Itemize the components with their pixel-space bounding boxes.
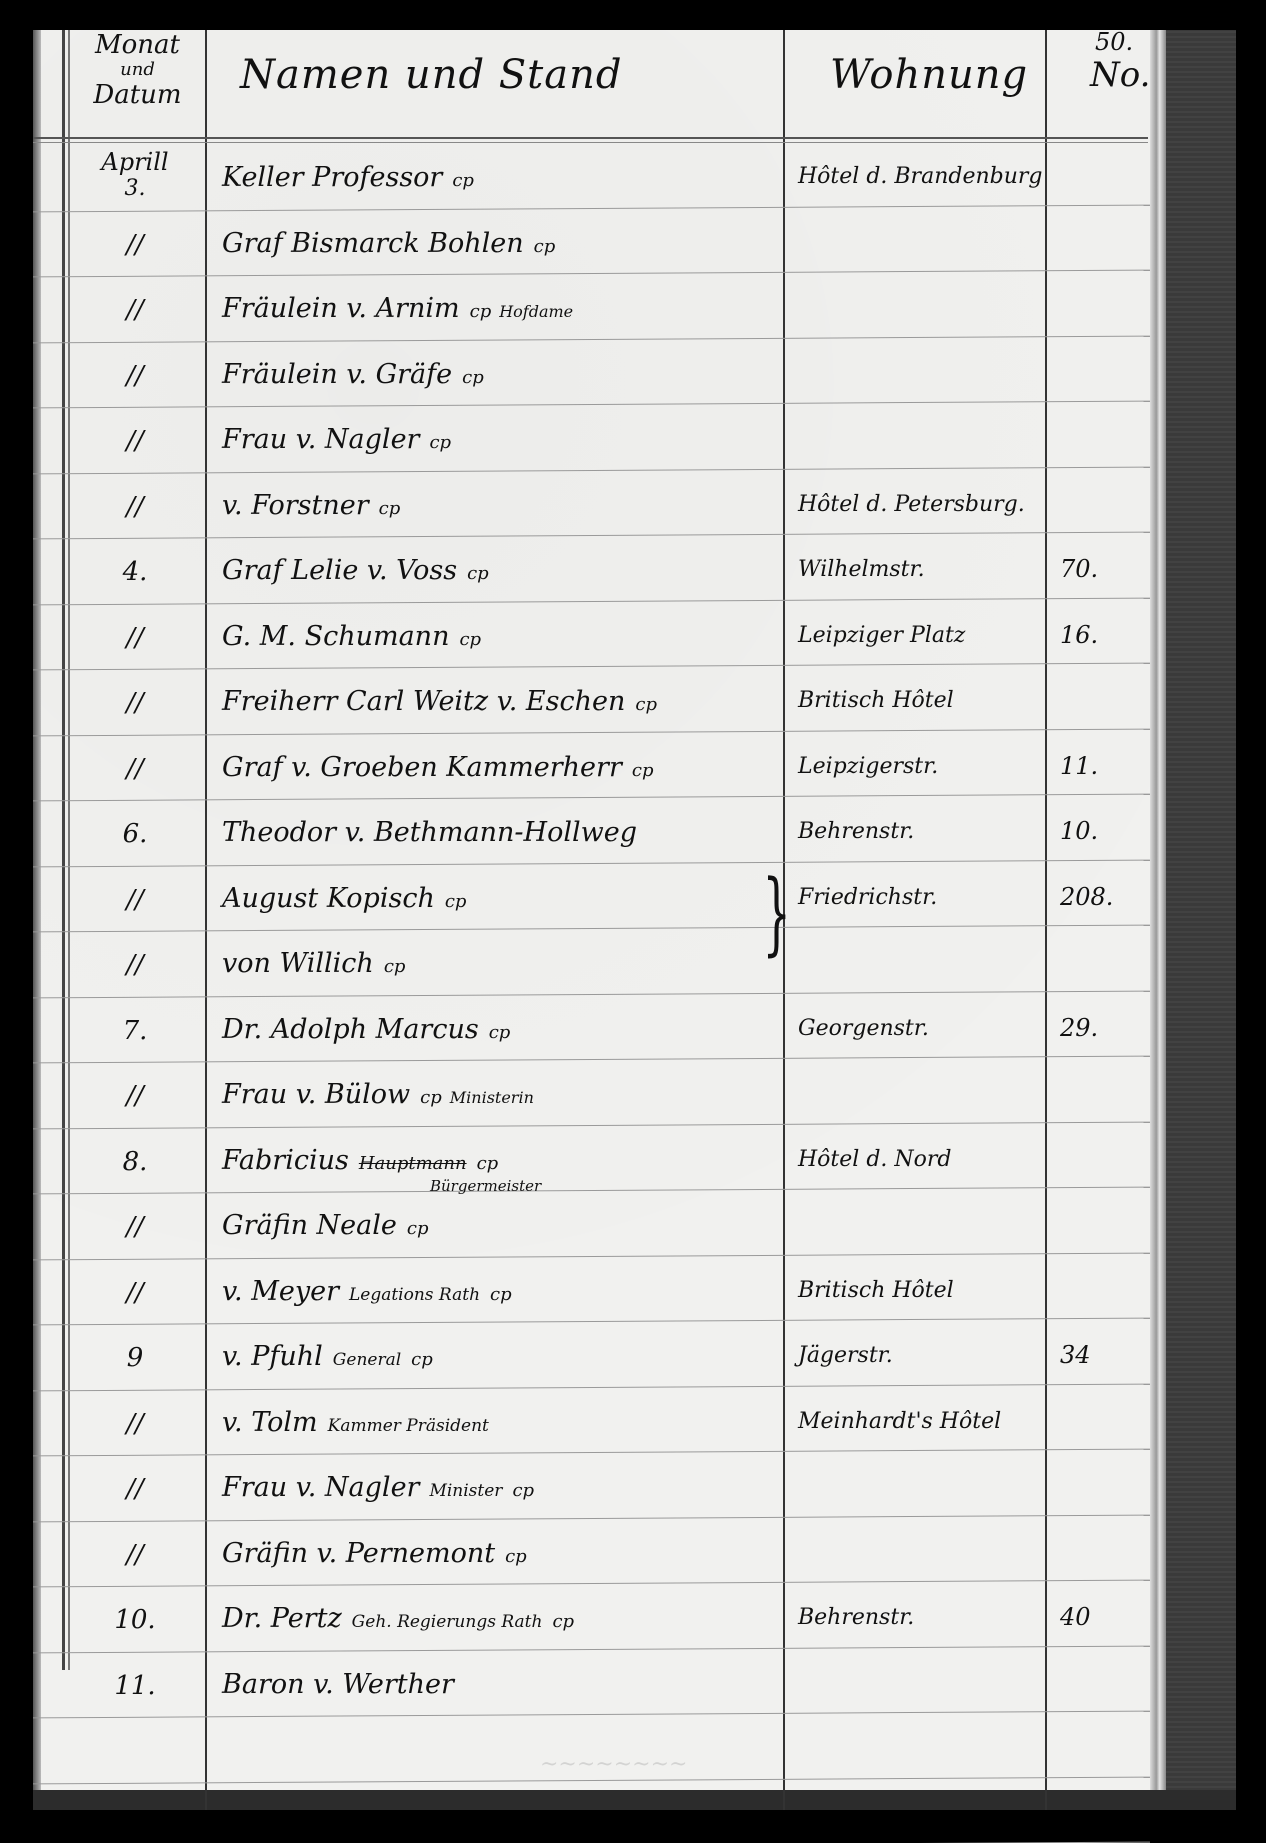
entry-address: Hôtel d. Petersburg. — [798, 492, 1025, 517]
entry-house-number: 34 — [1060, 1341, 1091, 1369]
guest-name: G. M. Schumann — [222, 621, 449, 652]
entry-date: // — [65, 426, 205, 456]
entry-date: // — [65, 885, 205, 915]
entry-date: // — [65, 1081, 205, 1111]
entry-name: Baron v. Werther — [222, 1669, 454, 1700]
entry-name: v. PfuhlGeneralcp — [222, 1341, 433, 1372]
entry-name: Fräulein v. ArnimcpHofdame — [222, 293, 573, 324]
entry-address: Hôtel d. Brandenburg — [798, 164, 1042, 189]
entry-name: Graf v. Groeben Kammerherrcp — [222, 752, 653, 783]
entry-date: 4. — [65, 557, 205, 587]
struck-title: Hauptmann — [359, 1153, 467, 1174]
entry-date: // — [65, 1474, 205, 1504]
header-number: No. — [1090, 55, 1150, 95]
entry-address: Friedrichstr. — [798, 885, 937, 910]
page-stack-edge — [1150, 30, 1166, 1808]
entry-name: v. Forstnercp — [222, 490, 400, 521]
entry-date: 7. — [65, 1016, 205, 1046]
entry-address: Hôtel d. Nord — [798, 1147, 951, 1172]
entry-address: Britisch Hôtel — [798, 1278, 954, 1303]
mark-cp: cp — [490, 1284, 512, 1305]
column-divider-date — [205, 30, 207, 1810]
guest-title: Legations Rath — [349, 1285, 480, 1305]
entry-house-number: 10. — [1060, 817, 1098, 845]
header-date-line3: Datum — [70, 80, 205, 110]
mark-cp: cp — [477, 1153, 499, 1174]
entry-address: Behrenstr. — [798, 819, 914, 844]
guest-name: v. Tolm — [222, 1407, 318, 1438]
mark-cp: cp — [384, 956, 406, 977]
entry-address: Behrenstr. — [798, 1605, 914, 1630]
entry-date: // — [65, 1409, 205, 1439]
month-label: Aprill — [65, 148, 205, 176]
entry-name: Gräfin v. Pernemontcp — [222, 1538, 527, 1569]
entry-date: // — [65, 492, 205, 522]
entry-name: Theodor v. Bethmann-Hollweg — [222, 817, 637, 848]
guest-name: v. Meyer — [222, 1276, 339, 1307]
entry-name: v. TolmKammer Präsident — [222, 1407, 489, 1438]
page-edge — [33, 30, 41, 1808]
entry-name: Dr. PertzGeh. Regierungs Rathcp — [222, 1603, 574, 1634]
header-date: Monat und Datum — [70, 30, 205, 110]
guest-title: Kammer Präsident — [328, 1416, 489, 1436]
entry-date: // — [65, 295, 205, 325]
entry-date: 3. — [65, 176, 205, 201]
guest-name: Fräulein v. Arnim — [222, 293, 460, 324]
guest-name: Fabricius — [222, 1145, 349, 1176]
entry-date: // — [65, 688, 205, 718]
mark-cp: cp — [462, 367, 484, 388]
guest-name: August Kopisch — [222, 883, 435, 914]
entry-date: // — [65, 1278, 205, 1308]
entry-name: Frau v. Naglercp — [222, 424, 451, 455]
guest-name: Frau v. Nagler — [222, 1472, 419, 1503]
mark-cp: cp — [429, 432, 451, 453]
entry-house-number: 40 — [1060, 1603, 1091, 1631]
entry-address: Jägerstr. — [798, 1343, 893, 1368]
entry-name: Freiherr Carl Weitz v. Eschencp — [222, 686, 657, 717]
guest-title: Ministerin — [450, 1088, 534, 1107]
entry-name: von Willichcp — [222, 948, 405, 979]
entry-date: // — [65, 754, 205, 784]
entry-name: Keller Professorcp — [222, 162, 474, 193]
grouping-brace: } — [762, 861, 791, 966]
guest-name: v. Forstner — [222, 490, 369, 521]
mark-cp: cp — [459, 629, 481, 650]
entry-address: Britisch Hôtel — [798, 688, 954, 713]
entry-name: Frau v. NaglerMinistercp — [222, 1472, 534, 1503]
guest-name: Gräfin v. Pernemont — [222, 1538, 495, 1569]
entry-house-number: 29. — [1060, 1014, 1098, 1042]
guest-name: von Willich — [222, 948, 374, 979]
entry-address: Georgenstr. — [798, 1016, 929, 1041]
guest-name: Theodor v. Bethmann-Hollweg — [222, 817, 637, 848]
correction-title: Bürgermeister — [430, 1177, 541, 1195]
header-date-line1: Monat — [70, 30, 205, 60]
entry-date: 10. — [65, 1605, 205, 1635]
entry-name: Graf Bismarck Bohlencp — [222, 228, 555, 259]
entry-date: // — [65, 230, 205, 260]
mark-cp: cp — [534, 236, 556, 257]
guest-name: Keller Professor — [222, 162, 442, 193]
header-address: Wohnung — [830, 52, 1028, 98]
guest-name: Frau v. Nagler — [222, 424, 419, 455]
entry-date: // — [65, 1212, 205, 1242]
guest-name: Dr. Adolph Marcus — [222, 1014, 479, 1045]
mark-cp: cp — [505, 1546, 527, 1567]
page-number: 50. — [1095, 28, 1133, 56]
mark-cp: cp — [470, 301, 492, 322]
guest-name: Graf Bismarck Bohlen — [222, 228, 524, 259]
book-binding — [1166, 30, 1236, 1808]
entry-name: August Kopischcp — [222, 883, 466, 914]
guest-name: Dr. Pertz — [222, 1603, 342, 1634]
entry-name: G. M. Schumanncp — [222, 621, 481, 652]
entry-name: Dr. Adolph Marcuscp — [222, 1014, 510, 1045]
entry-date: 6. — [65, 819, 205, 849]
entry-address: Wilhelmstr. — [798, 557, 925, 582]
entry-name: v. MeyerLegations Rathcp — [222, 1276, 512, 1307]
guest-title: Geh. Regierungs Rath — [352, 1612, 543, 1632]
mark-cp: cp — [445, 891, 467, 912]
entry-address: Leipziger Platz — [798, 623, 965, 648]
mark-cp: cp — [407, 1218, 429, 1239]
guest-title: Minister — [429, 1481, 502, 1501]
guest-name: v. Pfuhl — [222, 1341, 323, 1372]
guest-title: General — [333, 1350, 401, 1370]
mark-cp: cp — [512, 1480, 534, 1501]
entry-date: // — [65, 623, 205, 653]
header-date-line2: und — [70, 60, 205, 80]
entry-date: 11. — [65, 1671, 205, 1701]
entry-name: Fräulein v. Gräfecp — [222, 359, 484, 390]
guest-name: Freiherr Carl Weitz v. Eschen — [222, 686, 625, 717]
guest-name: Graf v. Groeben Kammerherr — [222, 752, 622, 783]
entry-house-number: 11. — [1060, 752, 1098, 780]
entry-house-number: 16. — [1060, 621, 1098, 649]
header-rule-2 — [33, 142, 1148, 143]
mark-cp: cp — [552, 1611, 574, 1632]
guest-name: Graf Lelie v. Voss — [222, 555, 457, 586]
guest-name: Fräulein v. Gräfe — [222, 359, 452, 390]
entry-address: Meinhardt's Hôtel — [798, 1409, 1001, 1434]
bottom-shadow — [33, 1790, 1236, 1810]
entry-date: // — [65, 1540, 205, 1570]
entry-house-number: 70. — [1060, 555, 1098, 583]
entry-house-number: 208. — [1060, 883, 1113, 911]
bleed-through-text: ~~~~~~~~ — [540, 1752, 687, 1777]
mark-cp: cp — [467, 563, 489, 584]
guest-name: Gräfin Neale — [222, 1210, 397, 1241]
entry-date: 9 — [65, 1343, 205, 1373]
mark-cp: cp — [452, 170, 474, 191]
mark-cp: cp — [635, 694, 657, 715]
mark-cp: cp — [489, 1022, 511, 1043]
mark-cp: cp — [632, 760, 654, 781]
mark-cp: cp — [411, 1349, 433, 1370]
entry-date: // — [65, 361, 205, 391]
entry-address: Leipzigerstr. — [798, 754, 938, 779]
guest-name: Baron v. Werther — [222, 1669, 454, 1700]
mark-cp: cp — [379, 498, 401, 519]
header-name: Namen und Stand — [240, 52, 622, 98]
entry-date: 8. — [65, 1147, 205, 1177]
entry-name: Graf Lelie v. Vosscp — [222, 555, 489, 586]
column-divider-address — [1045, 30, 1047, 1810]
guest-title: Hofdame — [499, 302, 573, 321]
entry-name: FabriciusHauptmanncp — [222, 1145, 498, 1176]
entry-date: // — [65, 950, 205, 980]
header-rule — [33, 137, 1148, 139]
guest-name: Frau v. Bülow — [222, 1079, 410, 1110]
entry-name: Gräfin Nealecp — [222, 1210, 428, 1241]
entry-name: Frau v. BülowcpMinisterin — [222, 1079, 534, 1110]
mark-cp: cp — [420, 1087, 442, 1108]
